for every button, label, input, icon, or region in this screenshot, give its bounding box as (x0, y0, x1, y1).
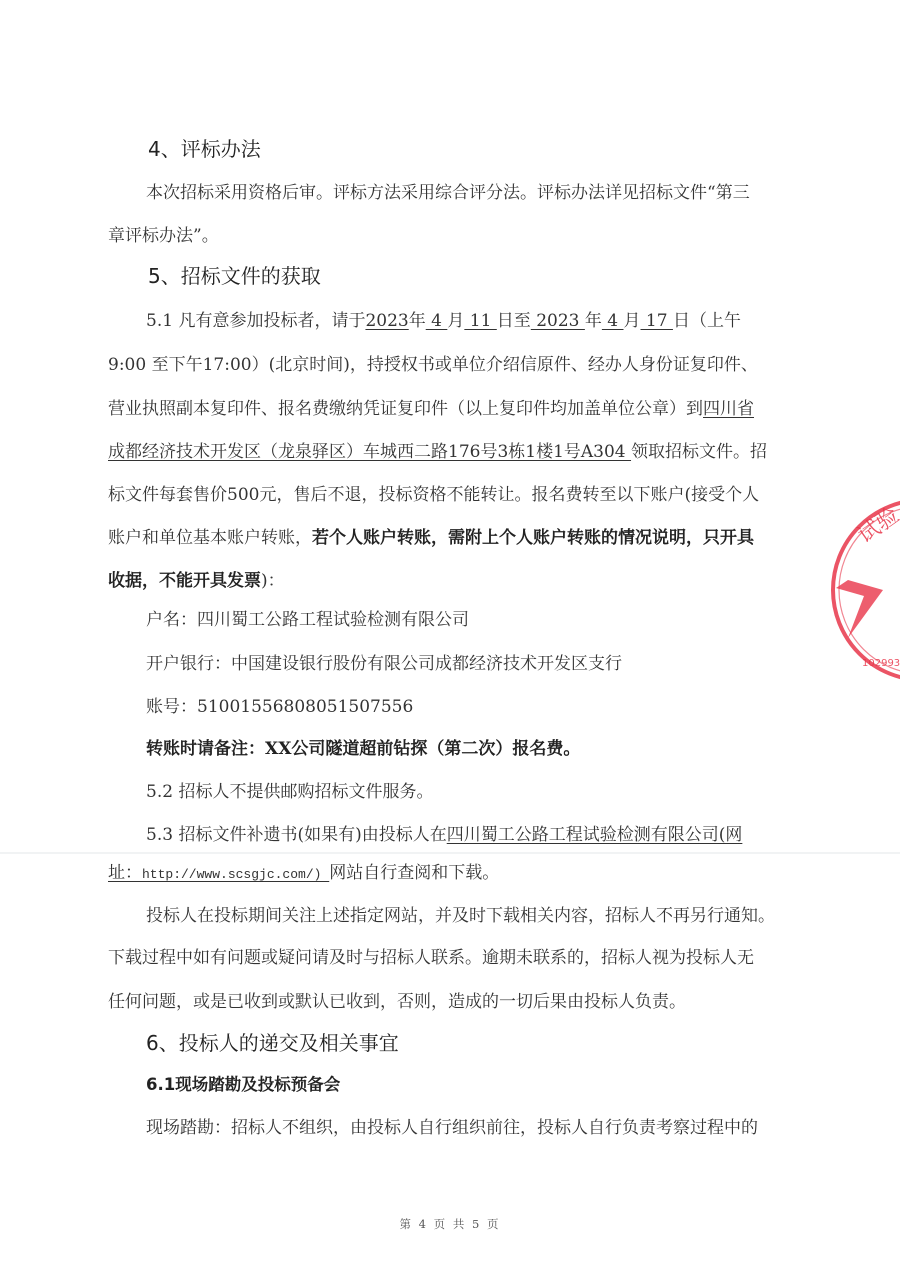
personal-account-note: 若个人账户转账，需附上个人账户转账的情况说明，只开具 (312, 528, 754, 548)
account-number-value: 51001556808051507556 (197, 697, 413, 717)
clause-5-1-line-1: 5.1 凡有意参加投标者，请于2023年 4 月 11 日至 2023 年 4 … (146, 309, 741, 333)
end-month: 4 (602, 311, 624, 331)
url-label: 址： (108, 863, 142, 883)
clause-5-1-text: 账户和单位基本账户转账， (108, 528, 312, 548)
bank-value: 中国建设银行股份有限公司成都经济技术开发区支行 (231, 654, 622, 674)
account-bank: 开户银行：中国建设银行股份有限公司成都经济技术开发区支行 (146, 652, 622, 676)
end-day: 17 (641, 311, 673, 331)
month-char: 月 (447, 311, 464, 331)
clause-5-2: 5.2 招标人不提供邮购招标文件服务。 (146, 780, 433, 804)
end-year: 2023 (531, 311, 585, 331)
notice-line-3: 任何问题，或是已收到或默认已收到，否则，造成的一切后果由投标人负责。 (108, 990, 686, 1014)
svg-text:102993: 102993 (862, 658, 900, 669)
bank-label: 开户银行： (146, 654, 231, 674)
year-char: 年 (585, 311, 602, 331)
official-seal-stamp: 试验 102993 (828, 490, 900, 690)
subsection-6-1-heading: 6.1现场踏勘及投标预备会 (146, 1073, 340, 1097)
month-char: 月 (624, 311, 641, 331)
account-number: 账号：51001556808051507556 (146, 695, 413, 719)
site-visit-paragraph: 现场踏勘：招标人不组织，由投标人自行组织前往，投标人自行负责考察过程中的 (146, 1116, 758, 1140)
company-website-link[interactable]: 四川蜀工公路工程试验检测有限公司(网 (447, 825, 743, 845)
clause-5-1-text: 营业执照副本复印件、报名费缴纳凭证复印件（以上复印件均加盖单位公章）到 (108, 399, 703, 419)
clause-5-1-line-7: 收据，不能开具发票)： (108, 569, 285, 593)
section-5-heading: 5、招标文件的获取 (148, 264, 321, 288)
section-4-paragraph-line-1: 本次招标采用资格后审。评标方法采用综合评分法。评标办法详见招标文件“第三 (146, 181, 750, 205)
day-end: 日（上午 (673, 311, 741, 331)
account-name-value: 四川蜀工公路工程试验检测有限公司 (197, 610, 469, 630)
start-month: 4 (426, 311, 448, 331)
clause-5-1-line-6: 账户和单位基本账户转账，若个人账户转账，需附上个人账户转账的情况说明，只开具 (108, 526, 754, 550)
notice-line-1: 投标人在投标期间关注上述指定网站，并及时下载相关内容，招标人不再另行通知。 (146, 904, 775, 928)
clause-5-3-prefix: 5.3 招标文件补遗书(如果有)由投标人在 (146, 825, 447, 845)
clause-5-3-line-2: 址：http://www.scsgjc.com/) 网站自行查阅和下载。 (108, 861, 499, 887)
page-number-footer: 第 4 页 共 5 页 (0, 1216, 900, 1232)
clause-5-1-line-2: 9:00 至下午17:00）(北京时间)，持授权书或单位介绍信原件、经办人身份证… (108, 353, 758, 377)
notice-line-2: 下载过程中如有问题或疑问请及时与招标人联系。逾期未联系的，招标人视为投标人无 (108, 946, 754, 970)
clause-5-1-text: )： (261, 571, 285, 591)
transfer-remark: 转账时请备注：XX公司隧道超前钻探（第二次）报名费。 (146, 737, 580, 761)
svg-text:试验: 试验 (853, 503, 900, 549)
clause-5-3-line-1: 5.3 招标文件补遗书(如果有)由投标人在四川蜀工公路工程试验检测有限公司(网 (146, 823, 742, 847)
section-6-heading: 6、投标人的递交及相关事宜 (146, 1031, 399, 1055)
address-start: 四川省 (703, 399, 754, 419)
start-day: 11 (464, 311, 496, 331)
clause-5-1-line-5: 标文件每套售价500元，售后不退，投标资格不能转让。报名费转至以下账户(接受个人 (108, 483, 759, 507)
day-to: 日至 (497, 311, 531, 331)
receipt-note: 收据，不能开具发票 (108, 571, 261, 591)
account-number-label: 账号： (146, 697, 197, 717)
section-4-heading: 4、评标办法 (148, 137, 261, 161)
page-divider (0, 852, 900, 854)
clause-5-3-text: 网站自行查阅和下载。 (329, 863, 499, 883)
clause-5-1-text: 领取招标文件。招 (631, 442, 767, 462)
account-name-label: 户名： (146, 610, 197, 630)
clause-5-1-line-3: 营业执照副本复印件、报名费缴纳凭证复印件（以上复印件均加盖单位公章）到四川省 (108, 397, 754, 421)
address-detail: 成都经济技术开发区（龙泉驿区）车城西二路176号3栋1楼1号A304 (108, 442, 631, 462)
account-name: 户名：四川蜀工公路工程试验检测有限公司 (146, 608, 469, 632)
section-4-paragraph-line-2: 章评标办法”。 (108, 224, 219, 248)
start-year: 2023 (365, 311, 408, 331)
website-url-link[interactable]: http://www.scsgjc.com/) (142, 867, 329, 882)
clause-5-1-line-4: 成都经济技术开发区（龙泉驿区）车城西二路176号3栋1楼1号A304 领取招标文… (108, 440, 767, 464)
clause-5-1-prefix: 5.1 凡有意参加投标者，请于 (146, 311, 365, 331)
year-char: 年 (409, 311, 426, 331)
document-page: 4、评标办法 本次招标采用资格后审。评标方法采用综合评分法。评标办法详见招标文件… (0, 0, 900, 1273)
